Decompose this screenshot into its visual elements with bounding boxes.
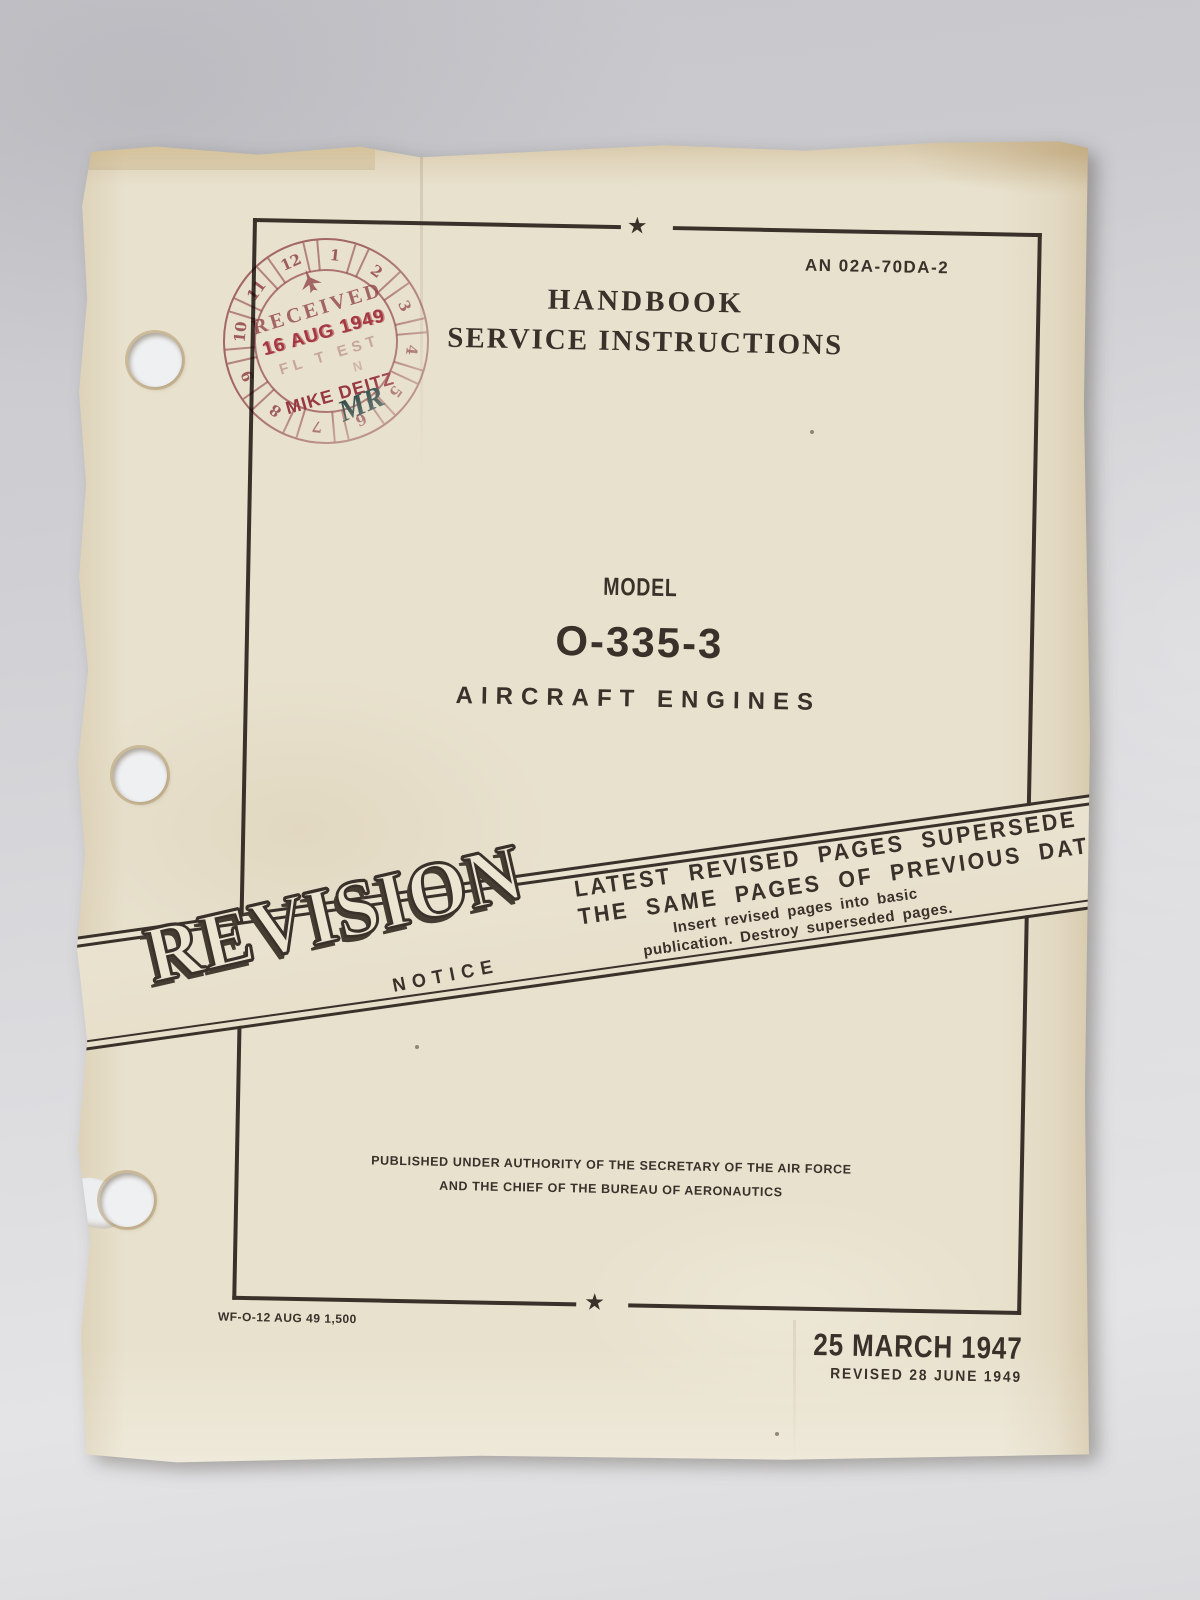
stamp-dial-number: 3 xyxy=(394,298,415,315)
photo-of-document: { "document": { "doc_number": "AN 02A-70… xyxy=(0,0,1200,1600)
technical-order-number: AN 02A-70DA-2 xyxy=(805,256,950,279)
issue-date: 25 MARCH 1947 xyxy=(813,1328,1023,1366)
paper-speck xyxy=(775,1432,779,1436)
punched-hole xyxy=(128,333,182,387)
paper-sheet-wrap: ★ ★ AN 02A-70DA-2 HANDBOOK SERVICE INSTR… xyxy=(75,140,1090,1465)
punched-hole xyxy=(100,1173,154,1227)
authority-statement: PUBLISHED UNDER AUTHORITY OF THE SECRETA… xyxy=(216,1145,1006,1208)
star-icon: ★ xyxy=(584,1292,605,1315)
model-label: MODEL xyxy=(333,568,949,609)
revision-subhead: NOTICE xyxy=(391,956,501,998)
star-icon: ★ xyxy=(627,215,648,238)
paper-sheet: ★ ★ AN 02A-70DA-2 HANDBOOK SERVICE INSTR… xyxy=(75,140,1090,1465)
date-block: 25 MARCH 1947 REVISED 28 JUNE 1949 xyxy=(773,1327,1023,1386)
punched-hole xyxy=(113,748,167,802)
tape-residue-mark xyxy=(75,140,375,170)
model-number: O-335-3 xyxy=(245,611,1035,674)
model-subtitle: AIRCRAFT ENGINES xyxy=(244,678,1033,721)
stamp-dial-number: 9 xyxy=(237,368,258,385)
printers-code: WF-O-12 AUG 49 1,500 xyxy=(218,1310,357,1327)
